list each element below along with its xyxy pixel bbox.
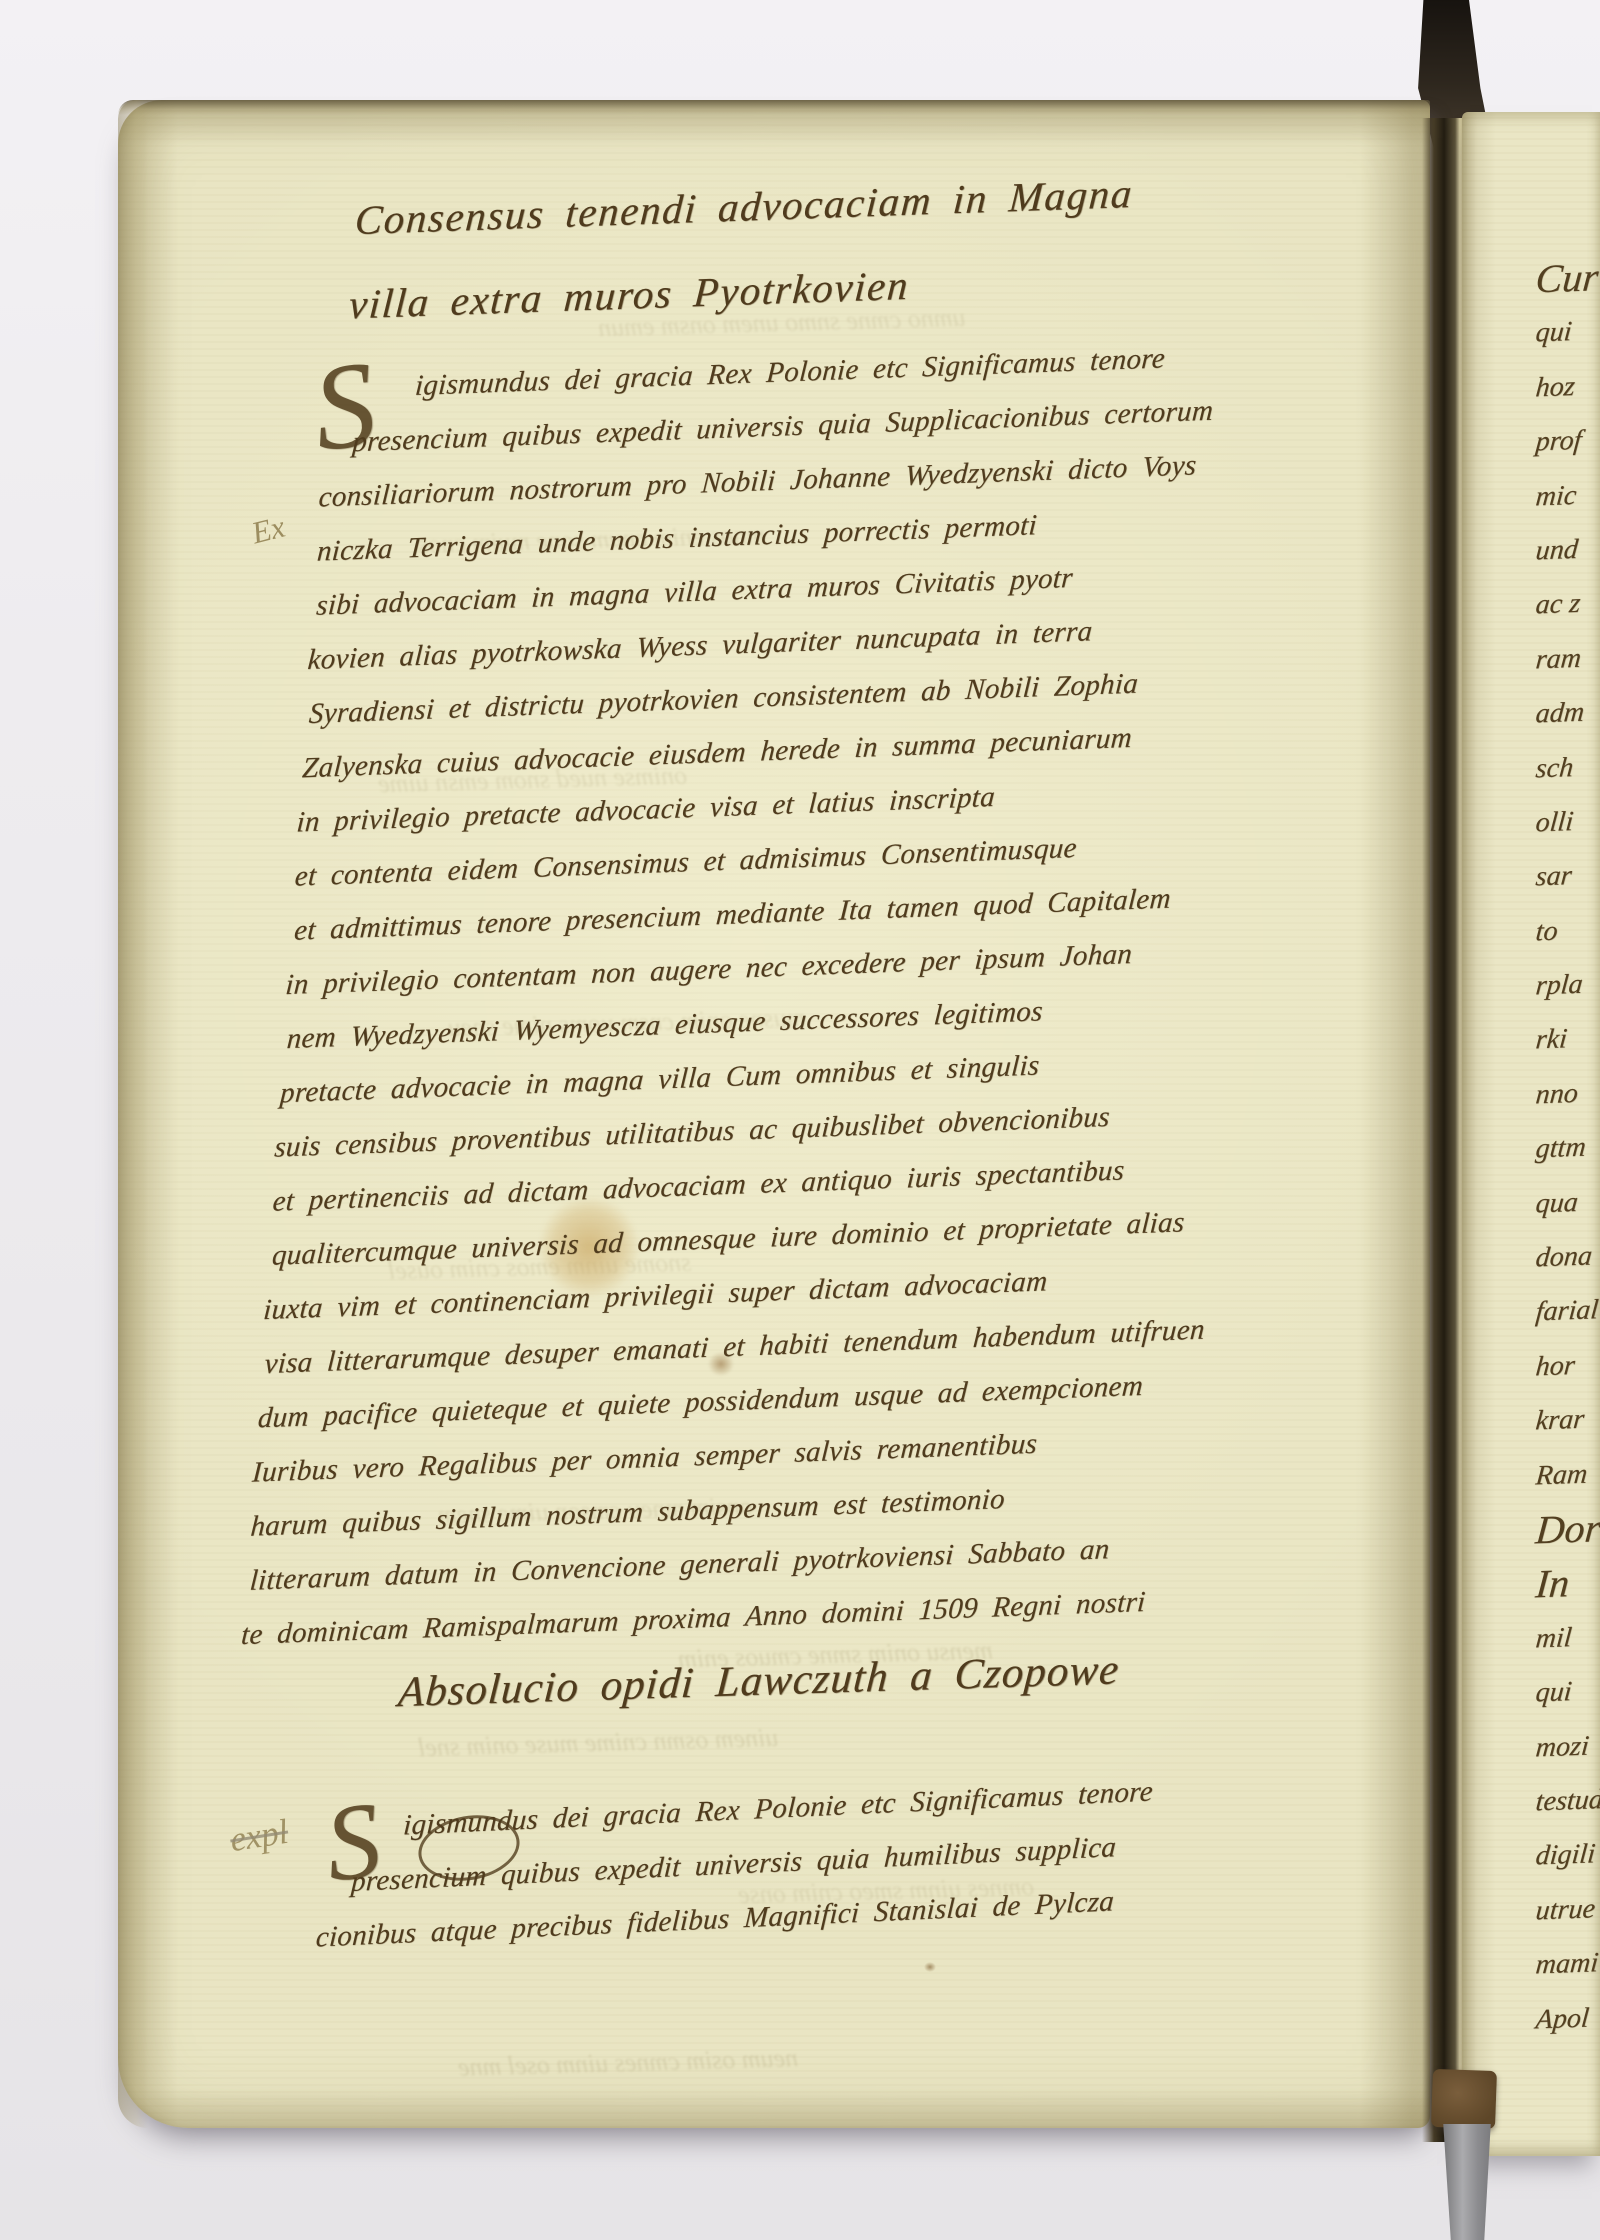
right-page-word-fragment: In (1533, 1553, 1600, 1612)
right-page-word-fragment: adm (1533, 683, 1600, 742)
right-page-word-fragment: mil (1533, 1607, 1600, 1666)
right-page-word-fragment: rpla (1533, 955, 1600, 1014)
right-page-word-fragment: testud (1533, 1771, 1600, 1830)
book-clasp-rod-bottom-icon (1440, 2124, 1494, 2240)
photograph-background: umno cmne snmo unem onsm emunmnos enim c… (0, 0, 1600, 2240)
right-page-word-fragment: olli (1533, 792, 1600, 851)
right-page-word-fragment: hor (1533, 1335, 1600, 1394)
right-page-word-fragment: mozi (1533, 1716, 1600, 1775)
right-page-word-fragment: mic (1533, 465, 1600, 524)
paragraph-2: igismundus dei gracia Rex Polonie etc Si… (316, 1753, 1405, 1965)
right-page-word-fragment: rki (1533, 1009, 1600, 1068)
entry-title: Consensus tenendi advocaciam in Magna vi… (346, 151, 1136, 347)
right-page-word-fragment: qua (1533, 1172, 1600, 1231)
right-page-word-fragment: ram (1533, 628, 1600, 687)
right-page-word-fragment: prof (1533, 411, 1600, 470)
right-page-word-fragment: mami (1533, 1934, 1600, 1993)
right-page-word-fragment: krar (1533, 1390, 1600, 1449)
right-page-word-fragment: Dor (1533, 1499, 1600, 1558)
paragraph-1-lines: igismundus dei gracia Rex Polonie etc Si… (241, 322, 1409, 1662)
right-page-word-fragment: sar (1533, 846, 1600, 905)
right-page-word-fragment: digili (1533, 1825, 1600, 1884)
right-page-text-fragments: Curquihozprofmicundac zramadmschollisart… (1462, 250, 1600, 2045)
margin-annotation-ex: Ex (248, 509, 288, 552)
right-page-word-fragment: Apol (1533, 1988, 1600, 2047)
bleed-through-line: neum osim cmnes uinm osel mne (458, 2043, 799, 2082)
right-page-word-fragment: qui (1533, 1662, 1600, 1721)
bleed-through-line: uinem osmn cnime muse onim snel (418, 1723, 779, 1763)
right-page-word-fragment: to (1533, 900, 1600, 959)
paragraph-1: igismundus dei gracia Rex Polonie etc Si… (241, 322, 1409, 1662)
clasp-leather-tab-icon (1431, 2069, 1497, 2129)
manuscript-right-page-sliver: Curquihozprofmicundac zramadmschollisart… (1462, 112, 1600, 2156)
right-page-word-fragment: utrue (1533, 1879, 1600, 1938)
right-page-word-fragment: Ram (1533, 1444, 1600, 1503)
right-page-word-fragment: nno (1533, 1063, 1600, 1122)
right-page-word-fragment: hoz (1533, 356, 1600, 415)
manuscript-left-page: umno cmne snmo unem onsm emunmnos enim c… (118, 100, 1430, 2128)
right-page-word-fragment: farial (1533, 1281, 1600, 1340)
right-page-word-fragment: dona (1533, 1227, 1600, 1286)
right-page-word-fragment: Cur (1533, 248, 1600, 307)
right-page-word-fragment: gttm (1533, 1118, 1600, 1177)
ink-fleck (924, 1962, 936, 1972)
right-page-word-fragment: ac z (1533, 574, 1600, 633)
right-page-word-fragment: qui (1533, 302, 1600, 361)
entry-subheading: Absolucio opidi Lawczuth a Czopowe (396, 1645, 1121, 1717)
right-page-word-fragment: und (1533, 520, 1600, 579)
right-page-word-fragment: sch (1533, 737, 1600, 796)
margin-annotation-expl: expl (227, 1812, 291, 1861)
paragraph-2-lines: igismundus dei gracia Rex Polonie etc Si… (316, 1753, 1405, 1965)
